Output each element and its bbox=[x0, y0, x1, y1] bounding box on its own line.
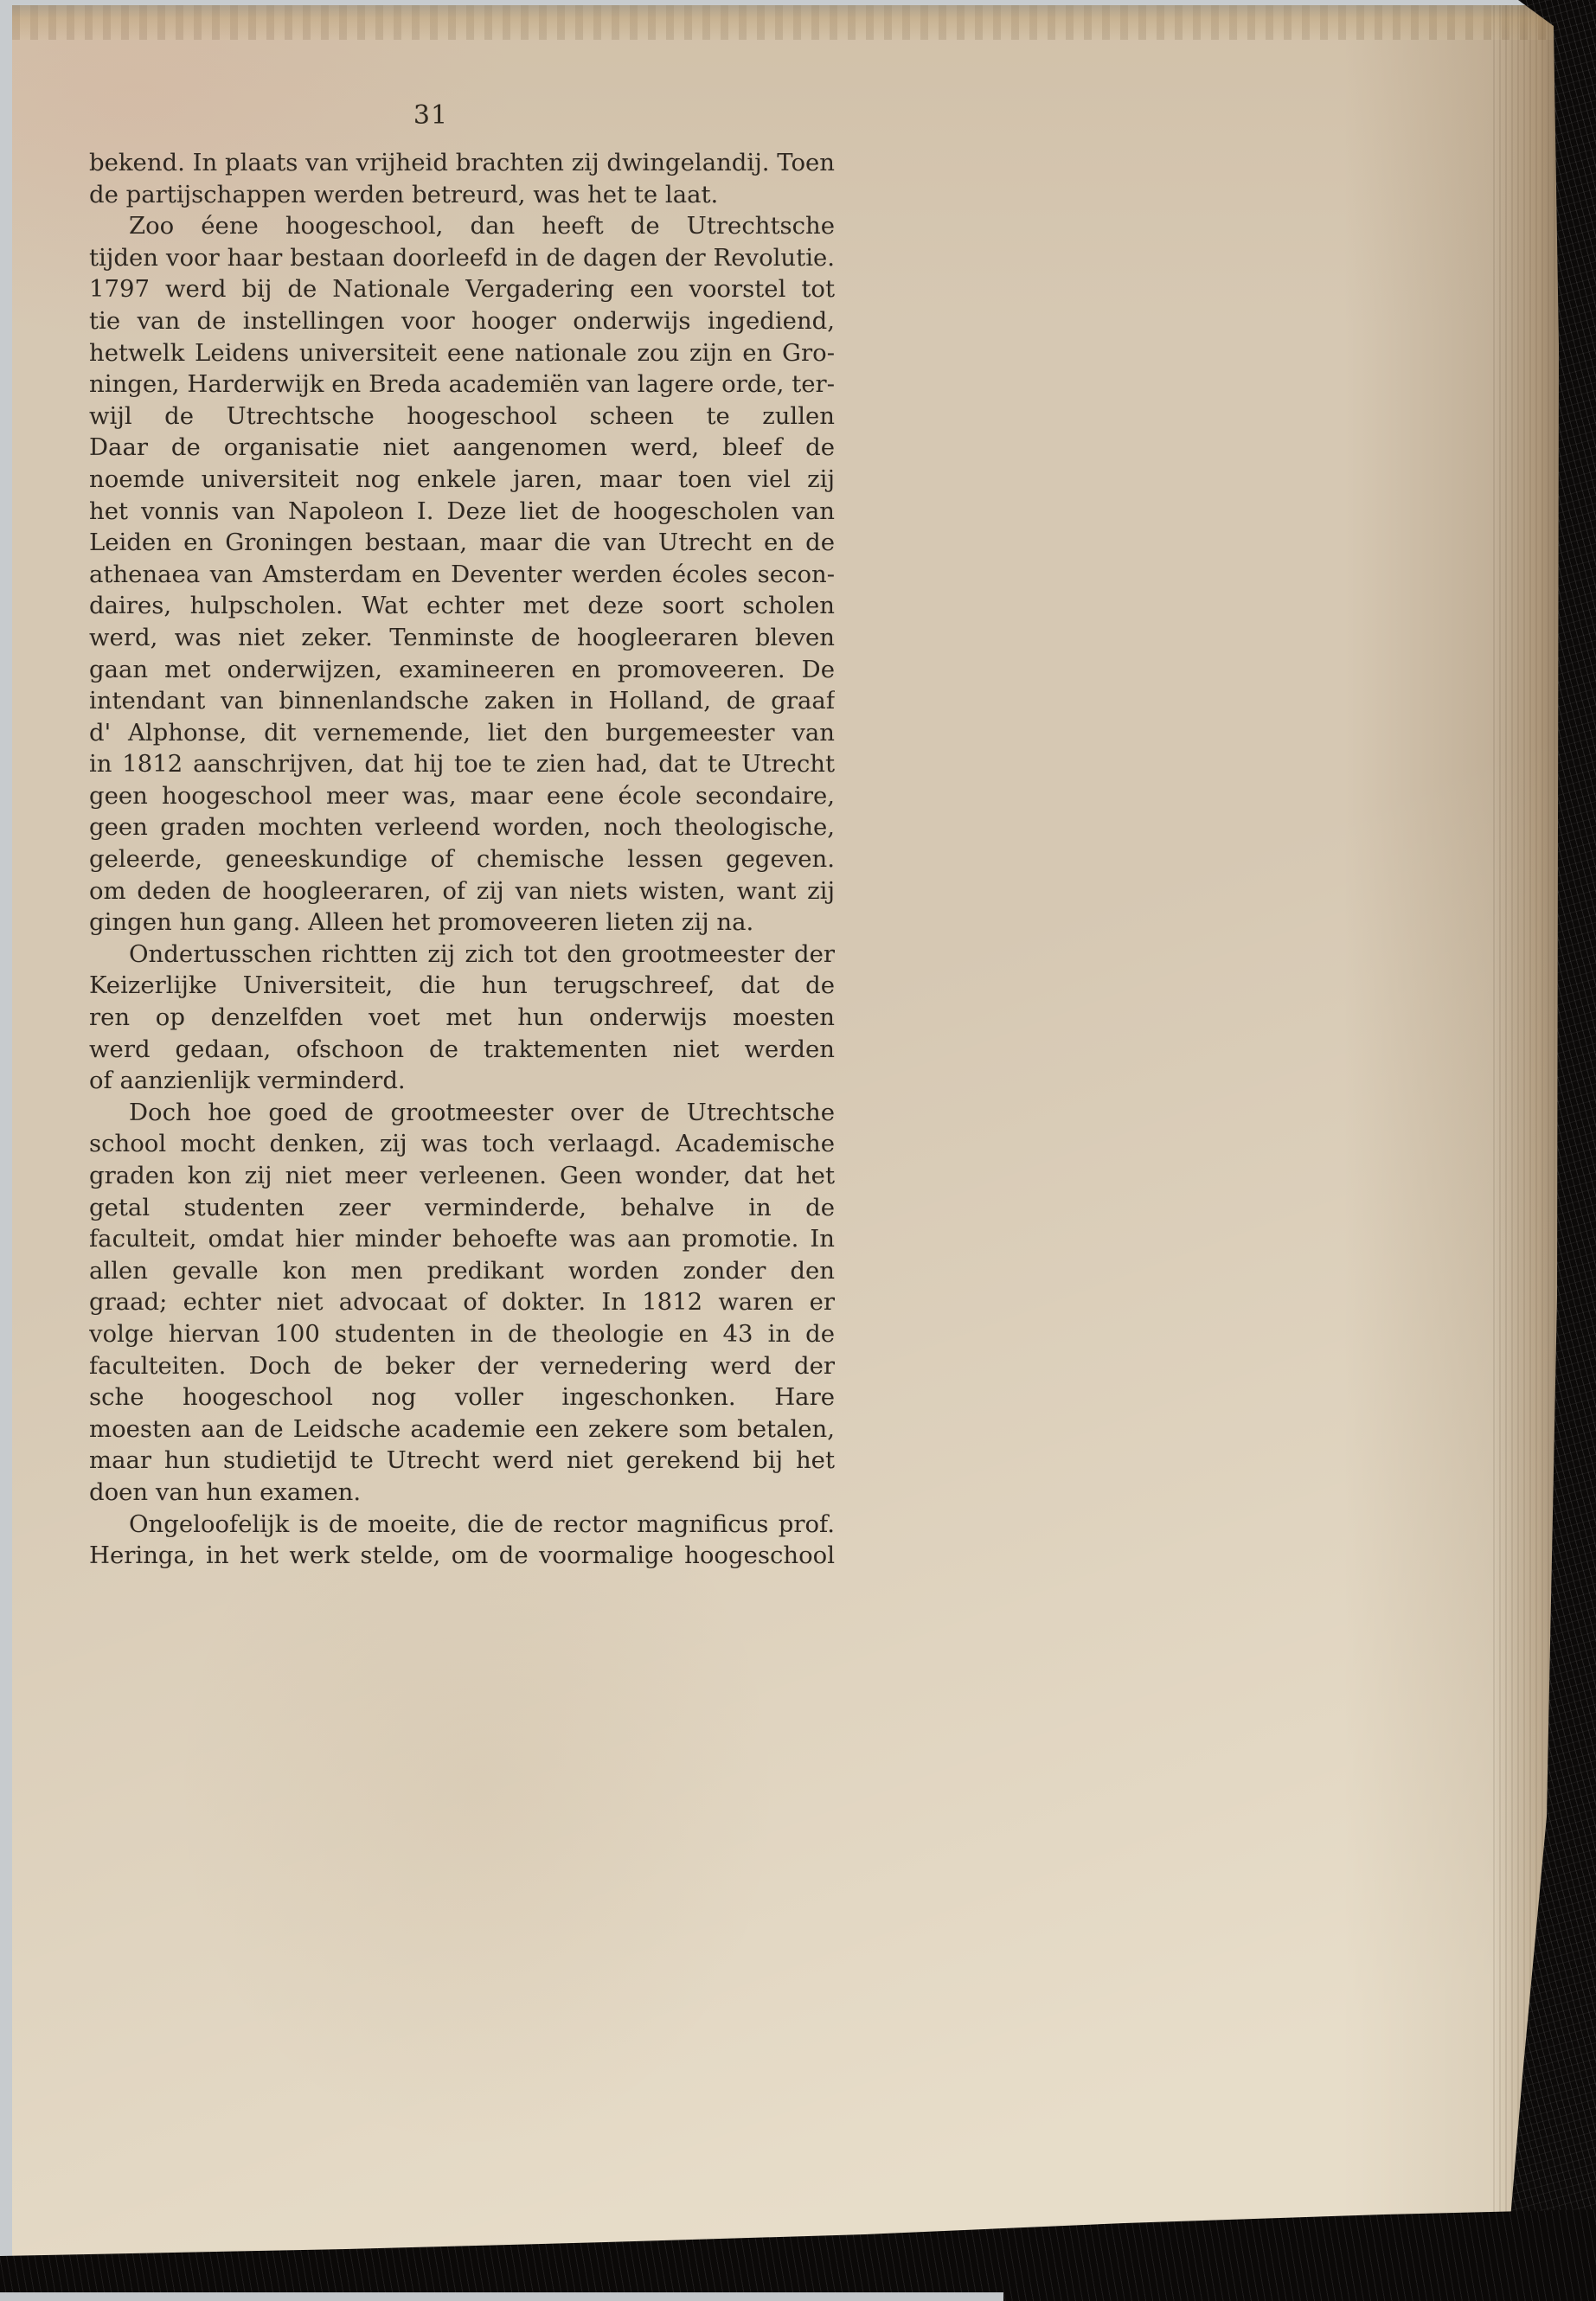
text-line: tie van de instellingen voor hooger onde… bbox=[89, 305, 835, 337]
text-line: Leiden en Groningen bestaan, maar die va… bbox=[89, 527, 835, 559]
text-line: hetwelk Leidens universiteit eene nation… bbox=[89, 337, 835, 369]
text-line: het vonnis van Napoleon I. Deze liet de … bbox=[89, 496, 835, 528]
book-page: 31 bekend. In plaats van vrijheid bracht… bbox=[12, 5, 1561, 2294]
text-line: bekend. In plaats van vrijheid brachten … bbox=[89, 147, 835, 179]
page-stack-top-edge bbox=[12, 5, 1561, 40]
text-line: athenaea van Amsterdam en Deventer werde… bbox=[89, 559, 835, 591]
text-line: daires, hulpscholen. Wat echter met deze… bbox=[89, 590, 835, 622]
text-line: in 1812 aanschrijven, dat hij toe te zie… bbox=[89, 748, 835, 780]
text-line: doen van hun examen. bbox=[89, 1477, 835, 1509]
text-line: Ongeloofelijk is de moeite, die de recto… bbox=[89, 1509, 835, 1541]
text-line: ren op denzelfden voet met hun onderwijs… bbox=[89, 1002, 835, 1034]
text-line: graden kon zij niet meer verleenen. Geen… bbox=[89, 1160, 835, 1192]
text-line: geleerde, geneeskundige of chemische les… bbox=[89, 843, 835, 875]
text-line: geen graden mochten verleend worden, noc… bbox=[89, 811, 835, 843]
text-line: wijl de Utrechtsche hoogeschool scheen t… bbox=[89, 401, 835, 433]
text-line: werd, was niet zeker. Tenminste de hoogl… bbox=[89, 622, 835, 654]
text-line: of aanzienlijk verminderd. bbox=[89, 1065, 835, 1097]
text-line: gaan met onderwijzen, examineeren en pro… bbox=[89, 654, 835, 686]
text-line: Daar de organisatie niet aangenomen werd… bbox=[89, 432, 835, 464]
text-line: om deden de hoogleeraren, of zij van nie… bbox=[89, 875, 835, 907]
text-line: moesten aan de Leidsche academie een zek… bbox=[89, 1413, 835, 1445]
text-line: allen gevalle kon men predikant worden z… bbox=[89, 1255, 835, 1287]
book-scan: 31 bekend. In plaats van vrijheid bracht… bbox=[0, 0, 1596, 2301]
text-line: volge hiervan 100 studenten in de theolo… bbox=[89, 1318, 835, 1350]
text-line: de partijschappen werden betreurd, was h… bbox=[89, 179, 835, 211]
text-line: 1797 werd bij de Nationale Vergadering e… bbox=[89, 273, 835, 305]
text-line: Ondertusschen richtten zij zich tot den … bbox=[89, 939, 835, 971]
text-line: gingen hun gang. Alleen het promoveeren … bbox=[89, 907, 835, 939]
text-line: werd gedaan, ofschoon de traktementen ni… bbox=[89, 1034, 835, 1066]
text-line: graad; echter niet advocaat of dokter. I… bbox=[89, 1286, 835, 1318]
text-line: ningen, Harderwijk en Breda academiën va… bbox=[89, 369, 835, 401]
text-line: noemde universiteit nog enkele jaren, ma… bbox=[89, 464, 835, 496]
text-line: Keizerlijke Universiteit, die hun terugs… bbox=[89, 970, 835, 1002]
page-number: 31 bbox=[89, 100, 772, 131]
text-line: faculteit, omdat hier minder behoefte wa… bbox=[89, 1223, 835, 1255]
text-line: getal studenten zeer verminderde, behalv… bbox=[89, 1192, 835, 1224]
text-line: Doch hoe goed de grootmeester over de Ut… bbox=[89, 1097, 835, 1129]
text-line: tijden voor haar bestaan doorleefd in de… bbox=[89, 242, 835, 274]
text-line: faculteiten. Doch de beker der vernederi… bbox=[89, 1350, 835, 1382]
text-line: Heringa, in het werk stelde, om de voorm… bbox=[89, 1540, 835, 1572]
text-line: Zoo éene hoogeschool, dan heeft de Utrec… bbox=[89, 210, 835, 242]
text-line: geen hoogeschool meer was, maar eene éco… bbox=[89, 780, 835, 812]
background-surface bbox=[0, 2292, 1003, 2301]
text-line: school mocht denken, zij was toch verlaa… bbox=[89, 1128, 835, 1160]
text-line: d' Alphonse, dit vernemende, liet den bu… bbox=[89, 717, 835, 749]
text-line: sche hoogeschool nog voller ingeschonken… bbox=[89, 1381, 835, 1413]
text-line: intendant van binnenlandsche zaken in Ho… bbox=[89, 685, 835, 717]
text-line: maar hun studietijd te Utrecht werd niet… bbox=[89, 1445, 835, 1477]
page-text: bekend. In plaats van vrijheid brachten … bbox=[89, 147, 835, 1572]
